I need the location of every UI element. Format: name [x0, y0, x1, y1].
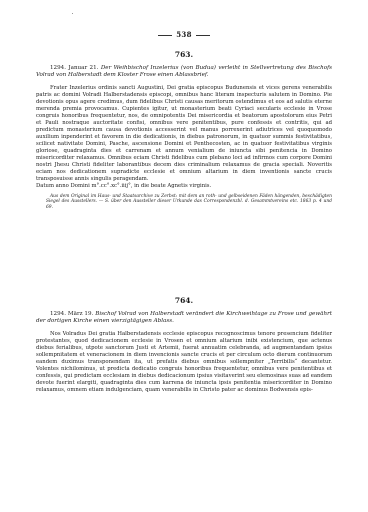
body-paragraph: Nos Volradus Dei gratia Halberstadensis … [36, 331, 332, 394]
source-note: Aus dem Original im Haus- und Staatsarch… [36, 194, 332, 211]
body-paragraph: Frater Inzelerius ordinis sancti Augusti… [36, 85, 332, 183]
document-body: Nos Volradus Dei gratia Halberstadensis … [36, 331, 332, 394]
regest-date: 1294. Januar 21. [50, 65, 98, 71]
regest: 1294. März 19. Bischof Volrad von Halber… [36, 311, 332, 326]
dash-left [158, 35, 172, 36]
page-number-text: 538 [176, 30, 192, 39]
dash-right [196, 35, 210, 36]
dating-clause: Datum anno Domini m°.cc°.xc°.iiij°, in d… [36, 183, 332, 190]
document-763: 763. 1294. Januar 21. Der Weihbischof In… [36, 50, 332, 210]
document-number: 764. [36, 296, 332, 305]
document-body: Frater Inzelerius ordinis sancti Augusti… [36, 85, 332, 190]
document-page: 538 763. 1294. Januar 21. Der Weihbischo… [0, 0, 368, 512]
regest-date: 1294. März 19. [50, 311, 93, 317]
page-number: 538 [0, 30, 368, 39]
document-764: 764. 1294. März 19. Bischof Volrad von H… [36, 296, 332, 394]
document-number: 763. [36, 50, 332, 59]
scan-speck [72, 13, 73, 14]
regest: 1294. Januar 21. Der Weihbischof Inzeler… [36, 65, 332, 80]
